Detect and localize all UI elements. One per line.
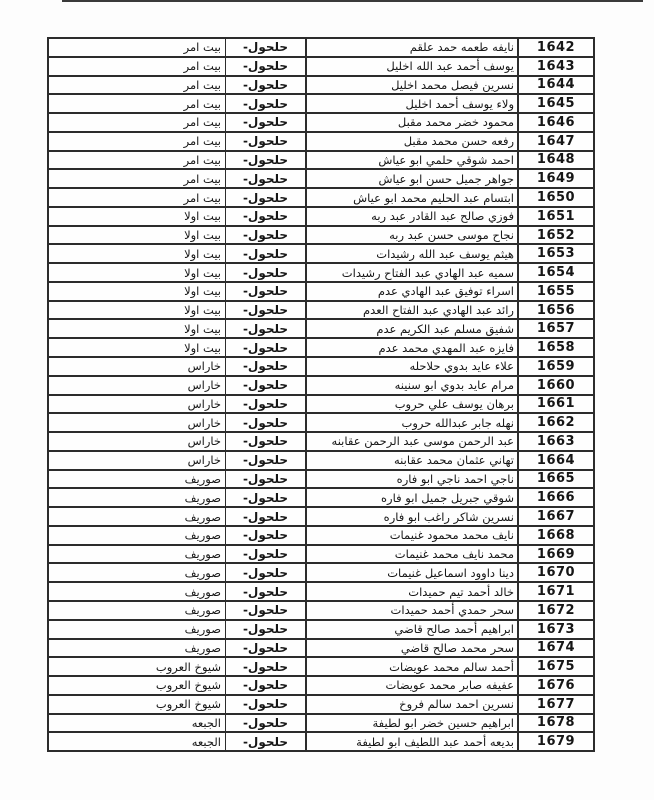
row-district-cell: حلحول- — [225, 377, 305, 394]
row-name-cell: نايف محمد محمود غنيمات — [305, 527, 517, 544]
row-town-cell: بيت اولا — [49, 302, 225, 319]
row-id-cell: 1667 — [517, 508, 593, 525]
row-district-cell: حلحول- — [225, 433, 305, 450]
table-row: 1653هيثم يوسف عبد الله رشيداتحلحول-بيت ا… — [49, 245, 593, 264]
row-id-cell: 1642 — [517, 39, 593, 56]
row-id-cell: 1674 — [517, 640, 593, 657]
row-id-cell: 1669 — [517, 546, 593, 563]
row-town-cell: خاراس — [49, 396, 225, 413]
row-district-cell: حلحول- — [225, 452, 305, 469]
row-id-cell: 1676 — [517, 677, 593, 694]
row-district-cell: حلحول- — [225, 583, 305, 600]
table-row: 1672سحر حمدي أحمد حميداتحلحول-صوريف — [49, 602, 593, 621]
row-id-cell: 1647 — [517, 133, 593, 150]
row-district-cell: حلحول- — [225, 658, 305, 675]
row-name-cell: محمود خضر محمد مقبل — [305, 114, 517, 131]
row-id-cell: 1656 — [517, 302, 593, 319]
row-id-cell: 1660 — [517, 377, 593, 394]
row-name-cell: هيثم يوسف عبد الله رشيدات — [305, 245, 517, 262]
row-id-cell: 1670 — [517, 564, 593, 581]
row-district-cell: حلحول- — [225, 189, 305, 206]
row-town-cell: صوريف — [49, 471, 225, 488]
table-row: 1651فوزي صالح عبد القادر عبد ربهحلحول-بي… — [49, 208, 593, 227]
row-name-cell: شوقي جبريل جميل ابو فاره — [305, 489, 517, 506]
row-id-cell: 1665 — [517, 471, 593, 488]
row-id-cell: 1657 — [517, 320, 593, 337]
row-district-cell: حلحول- — [225, 208, 305, 225]
row-name-cell: اسراء توفيق عبد الهادي عدم — [305, 283, 517, 300]
row-name-cell: دينا داوود اسماعيل غنيمات — [305, 564, 517, 581]
row-town-cell: بيت امر — [49, 114, 225, 131]
table-row: 1645ولاء يوسف أحمد اخليلحلحول-بيت امر — [49, 95, 593, 114]
row-id-cell: 1643 — [517, 58, 593, 75]
row-district-cell: حلحول- — [225, 227, 305, 244]
table-row: 1667نسرين شاكر راغب ابو فارهحلحول-صوريف — [49, 508, 593, 527]
row-town-cell: خاراس — [49, 377, 225, 394]
row-name-cell: سحر حمدي أحمد حميدات — [305, 602, 517, 619]
row-town-cell: بيت اولا — [49, 208, 225, 225]
row-town-cell: صوريف — [49, 508, 225, 525]
row-district-cell: حلحول- — [225, 564, 305, 581]
row-id-cell: 1646 — [517, 114, 593, 131]
row-district-cell: حلحول- — [225, 77, 305, 94]
row-name-cell: نسرين فيصل محمد اخليل — [305, 77, 517, 94]
cropped-row-border — [62, 0, 643, 2]
table-row: 1675أحمد سالم محمد عويضاتحلحول-شيوخ العر… — [49, 658, 593, 677]
row-id-cell: 1662 — [517, 414, 593, 431]
row-name-cell: نسرين شاكر راغب ابو فاره — [305, 508, 517, 525]
table-row: 1671خالد أحمد تيم حميداتحلحول-صوريف — [49, 583, 593, 602]
table-row: 1670دينا داوود اسماعيل غنيماتحلحول-صوريف — [49, 564, 593, 583]
row-id-cell: 1673 — [517, 621, 593, 638]
table-row: 1643يوسف أحمد عبد الله اخليلحلحول-بيت ام… — [49, 58, 593, 77]
table-row: 1676عفيفه صابر محمد عويضاتحلحول-شيوخ الع… — [49, 677, 593, 696]
row-id-cell: 1653 — [517, 245, 593, 262]
row-district-cell: حلحول- — [225, 677, 305, 694]
table-row: 1656رائد عبد الهادي عبد الفتاح العدمحلحو… — [49, 302, 593, 321]
row-id-cell: 1663 — [517, 433, 593, 450]
row-id-cell: 1659 — [517, 358, 593, 375]
row-name-cell: عبد الرحمن موسى عبد الرحمن عقابنه — [305, 433, 517, 450]
row-name-cell: فايزه عبد المهدي محمد عدم — [305, 339, 517, 356]
row-town-cell: بيت امر — [49, 189, 225, 206]
row-district-cell: حلحول- — [225, 546, 305, 563]
table-row: 1654سميه عبد الهادي عبد الفتاح رشيداتحلح… — [49, 264, 593, 283]
table-row: 1642نايفه طعمه حمد علقمحلحول-بيت امر — [49, 39, 593, 58]
row-town-cell: صوريف — [49, 527, 225, 544]
row-town-cell: بيت امر — [49, 133, 225, 150]
row-district-cell: حلحول- — [225, 133, 305, 150]
table-row: 1652نجاح موسى حسن عبد ربهحلحول-بيت اولا — [49, 227, 593, 246]
row-name-cell: نايفه طعمه حمد علقم — [305, 39, 517, 56]
table-row: 1659علاء عايد بدوي حلاحلهحلحول-خاراس — [49, 358, 593, 377]
row-id-cell: 1644 — [517, 77, 593, 94]
table-row: 1658فايزه عبد المهدي محمد عدمحلحول-بيت ا… — [49, 339, 593, 358]
row-id-cell: 1650 — [517, 189, 593, 206]
row-name-cell: أحمد سالم محمد عويضات — [305, 658, 517, 675]
row-name-cell: ابتسام عبد الحليم محمد ابو عياش — [305, 189, 517, 206]
row-district-cell: حلحول- — [225, 114, 305, 131]
row-town-cell: خاراس — [49, 414, 225, 431]
table-row: 1662نهله جابر عبدالله حروبحلحول-خاراس — [49, 414, 593, 433]
row-name-cell: خالد أحمد تيم حميدات — [305, 583, 517, 600]
table-row: 1666شوقي جبريل جميل ابو فارهحلحول-صوريف — [49, 489, 593, 508]
row-district-cell: حلحول- — [225, 320, 305, 337]
row-district-cell: حلحول- — [225, 283, 305, 300]
row-town-cell: صوريف — [49, 564, 225, 581]
row-district-cell: حلحول- — [225, 640, 305, 657]
row-name-cell: ولاء يوسف أحمد اخليل — [305, 95, 517, 112]
row-name-cell: تهاني عثمان محمد عقابنه — [305, 452, 517, 469]
table-row: 1673ابراهيم أحمد صالح قاضيحلحول-صوريف — [49, 621, 593, 640]
row-town-cell: شيوخ العروب — [49, 677, 225, 694]
row-district-cell: حلحول- — [225, 489, 305, 506]
row-district-cell: حلحول- — [225, 733, 305, 750]
row-name-cell: نسرين احمد سالم فروخ — [305, 696, 517, 713]
table-row: 1679بديعه أحمد عبد اللطيف ابو لطيفةحلحول… — [49, 733, 593, 750]
row-district-cell: حلحول- — [225, 170, 305, 187]
table-row: 1677نسرين احمد سالم فروخحلحول-شيوخ العرو… — [49, 696, 593, 715]
row-town-cell: بيت امر — [49, 152, 225, 169]
row-name-cell: بديعه أحمد عبد اللطيف ابو لطيفة — [305, 733, 517, 750]
row-name-cell: شفيق مسلم عبد الكريم عدم — [305, 320, 517, 337]
row-district-cell: حلحول- — [225, 508, 305, 525]
row-district-cell: حلحول- — [225, 471, 305, 488]
row-town-cell: بيت امر — [49, 95, 225, 112]
row-town-cell: شيوخ العروب — [49, 696, 225, 713]
row-district-cell: حلحول- — [225, 95, 305, 112]
row-district-cell: حلحول- — [225, 621, 305, 638]
row-id-cell: 1645 — [517, 95, 593, 112]
scanned-document-page: 1642نايفه طعمه حمد علقمحلحول-بيت امر1643… — [0, 0, 654, 800]
row-name-cell: ناجي احمد ناجي ابو فاره — [305, 471, 517, 488]
table-row: 1655اسراء توفيق عبد الهادي عدمحلحول-بيت … — [49, 283, 593, 302]
row-town-cell: شيوخ العروب — [49, 658, 225, 675]
row-district-cell: حلحول- — [225, 339, 305, 356]
row-name-cell: عفيفه صابر محمد عويضات — [305, 677, 517, 694]
row-town-cell: بيت امر — [49, 170, 225, 187]
row-name-cell: فوزي صالح عبد القادر عبد ربه — [305, 208, 517, 225]
table-row: 1646محمود خضر محمد مقبلحلحول-بيت امر — [49, 114, 593, 133]
row-id-cell: 1658 — [517, 339, 593, 356]
row-district-cell: حلحول- — [225, 527, 305, 544]
table-row: 1644نسرين فيصل محمد اخليلحلحول-بيت امر — [49, 77, 593, 96]
row-town-cell: خاراس — [49, 433, 225, 450]
row-district-cell: حلحول- — [225, 39, 305, 56]
row-town-cell: بيت اولا — [49, 339, 225, 356]
row-name-cell: ابراهيم حسين خضر ابو لطيفة — [305, 715, 517, 732]
row-district-cell: حلحول- — [225, 396, 305, 413]
table-row: 1665ناجي احمد ناجي ابو فارهحلحول-صوريف — [49, 471, 593, 490]
row-id-cell: 1666 — [517, 489, 593, 506]
row-name-cell: برهان يوسف علي حروب — [305, 396, 517, 413]
row-district-cell: حلحول- — [225, 358, 305, 375]
row-district-cell: حلحول- — [225, 715, 305, 732]
row-id-cell: 1661 — [517, 396, 593, 413]
row-name-cell: رفعه حسن محمد مقبل — [305, 133, 517, 150]
table-row: 1660مرام عايد بدوي ابو سنينهحلحول-خاراس — [49, 377, 593, 396]
row-town-cell: بيت امر — [49, 39, 225, 56]
row-town-cell: صوريف — [49, 621, 225, 638]
row-town-cell: بيت اولا — [49, 264, 225, 281]
row-name-cell: مرام عايد بدوي ابو سنينه — [305, 377, 517, 394]
row-district-cell: حلحول- — [225, 602, 305, 619]
row-name-cell: ابراهيم أحمد صالح قاضي — [305, 621, 517, 638]
table-row: 1674سحر محمد صالح قاضيحلحول-صوريف — [49, 640, 593, 659]
row-town-cell: صوريف — [49, 602, 225, 619]
row-name-cell: علاء عايد بدوي حلاحله — [305, 358, 517, 375]
row-id-cell: 1655 — [517, 283, 593, 300]
row-district-cell: حلحول- — [225, 58, 305, 75]
row-name-cell: جواهر جميل حسن ابو عياش — [305, 170, 517, 187]
row-town-cell: بيت امر — [49, 58, 225, 75]
row-name-cell: سميه عبد الهادي عبد الفتاح رشيدات — [305, 264, 517, 281]
row-town-cell: صوريف — [49, 640, 225, 657]
row-id-cell: 1668 — [517, 527, 593, 544]
row-id-cell: 1648 — [517, 152, 593, 169]
row-id-cell: 1654 — [517, 264, 593, 281]
row-name-cell: نجاح موسى حسن عبد ربه — [305, 227, 517, 244]
row-district-cell: حلحول- — [225, 245, 305, 262]
row-town-cell: خاراس — [49, 358, 225, 375]
row-id-cell: 1678 — [517, 715, 593, 732]
table-row: 1669محمد نايف محمد غنيماتحلحول-صوريف — [49, 546, 593, 565]
row-town-cell: خاراس — [49, 452, 225, 469]
row-district-cell: حلحول- — [225, 414, 305, 431]
row-id-cell: 1649 — [517, 170, 593, 187]
row-name-cell: سحر محمد صالح قاضي — [305, 640, 517, 657]
table-row: 1657شفيق مسلم عبد الكريم عدمحلحول-بيت او… — [49, 320, 593, 339]
row-town-cell: بيت اولا — [49, 227, 225, 244]
row-district-cell: حلحول- — [225, 696, 305, 713]
row-name-cell: رائد عبد الهادي عبد الفتاح العدم — [305, 302, 517, 319]
row-town-cell: صوريف — [49, 489, 225, 506]
table-row: 1664تهاني عثمان محمد عقابنهحلحول-خاراس — [49, 452, 593, 471]
table-row: 1668نايف محمد محمود غنيماتحلحول-صوريف — [49, 527, 593, 546]
row-id-cell: 1671 — [517, 583, 593, 600]
row-id-cell: 1651 — [517, 208, 593, 225]
table-row: 1648احمد شوقي حلمي ابو عياشحلحول-بيت امر — [49, 152, 593, 171]
row-district-cell: حلحول- — [225, 152, 305, 169]
row-town-cell: بيت اولا — [49, 283, 225, 300]
row-name-cell: محمد نايف محمد غنيمات — [305, 546, 517, 563]
table-row: 1663عبد الرحمن موسى عبد الرحمن عقابنهحلح… — [49, 433, 593, 452]
row-id-cell: 1677 — [517, 696, 593, 713]
row-town-cell: الجبعه — [49, 733, 225, 750]
row-id-cell: 1679 — [517, 733, 593, 750]
row-id-cell: 1672 — [517, 602, 593, 619]
roster-table: 1642نايفه طعمه حمد علقمحلحول-بيت امر1643… — [47, 37, 595, 752]
row-town-cell: بيت امر — [49, 77, 225, 94]
table-row: 1661برهان يوسف علي حروبحلحول-خاراس — [49, 396, 593, 415]
row-name-cell: نهله جابر عبدالله حروب — [305, 414, 517, 431]
table-row: 1650ابتسام عبد الحليم محمد ابو عياشحلحول… — [49, 189, 593, 208]
row-id-cell: 1675 — [517, 658, 593, 675]
row-town-cell: بيت اولا — [49, 245, 225, 262]
row-district-cell: حلحول- — [225, 264, 305, 281]
row-town-cell: الجبعه — [49, 715, 225, 732]
row-id-cell: 1652 — [517, 227, 593, 244]
row-town-cell: صوريف — [49, 583, 225, 600]
row-district-cell: حلحول- — [225, 302, 305, 319]
table-row: 1678ابراهيم حسين خضر ابو لطيفةحلحول-الجب… — [49, 715, 593, 734]
row-name-cell: احمد شوقي حلمي ابو عياش — [305, 152, 517, 169]
table-row: 1649جواهر جميل حسن ابو عياشحلحول-بيت امر — [49, 170, 593, 189]
row-town-cell: صوريف — [49, 546, 225, 563]
row-town-cell: بيت اولا — [49, 320, 225, 337]
table-row: 1647رفعه حسن محمد مقبلحلحول-بيت امر — [49, 133, 593, 152]
row-id-cell: 1664 — [517, 452, 593, 469]
row-name-cell: يوسف أحمد عبد الله اخليل — [305, 58, 517, 75]
